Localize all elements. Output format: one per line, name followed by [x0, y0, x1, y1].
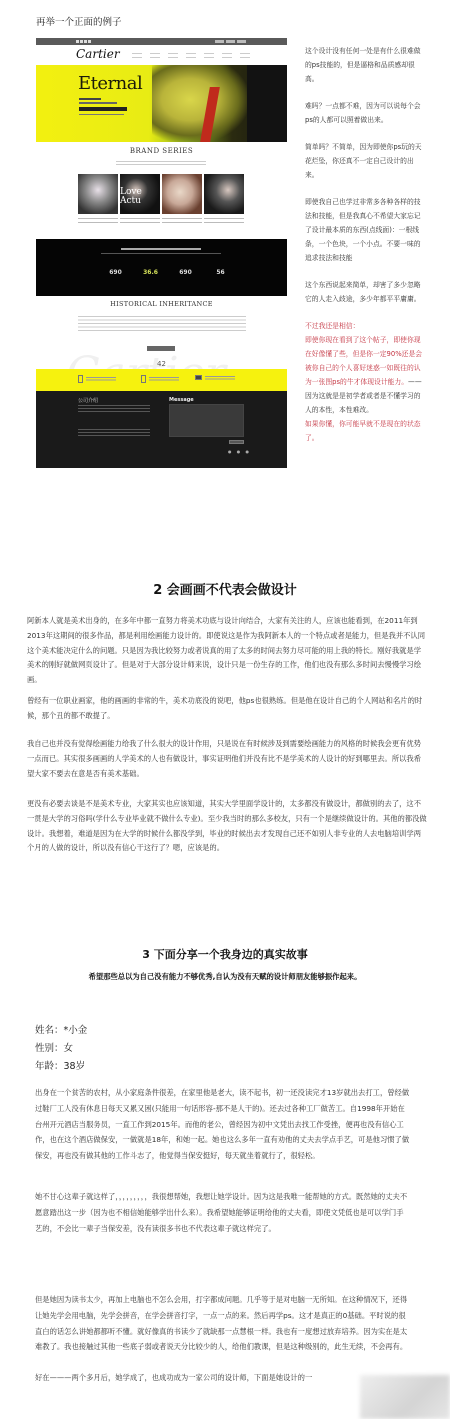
social-icons: ● ● ● — [228, 449, 251, 454]
section-2-paragraph: 我自己也并没有觉得绘画能力给我了什么很大的设计作用，只是说在有时候涉及到需要绘画… — [27, 737, 427, 781]
location-icon — [78, 375, 83, 383]
profile-age: 年龄：38岁 — [35, 1058, 87, 1076]
mock-history-section: Cartier HISTORICAL INHERITANCE 42 — [36, 296, 287, 369]
brand-photo-grid: Love Actu — [78, 174, 244, 214]
cartier-website-screenshot: Cartier Eternal BRAND SERIES Love Actu 6… — [36, 38, 287, 501]
history-number: 42 — [36, 360, 287, 368]
mail-icon — [195, 375, 202, 380]
mock-topbar-links — [215, 40, 247, 43]
note-red-body: 即使你现在看到了这个帖子，即使你现在好像懂了些，但是你一定90%还是会被你自己的… — [305, 333, 425, 417]
message-form — [169, 404, 244, 437]
profile-name: 姓名：*小金 — [35, 1022, 87, 1040]
history-button — [147, 346, 175, 351]
mock-contact-band — [36, 369, 287, 391]
message-title: Message — [169, 397, 194, 403]
history-title: HISTORICAL INHERITANCE — [36, 300, 287, 308]
section-2-paragraph: 阿新本人就是美术出身的，在多年中都一直努力将美术功底与设计向结合，大家有关注的人… — [27, 614, 427, 688]
brand-photo — [204, 174, 244, 214]
hero-model-image — [152, 65, 247, 142]
brand-photo: Love Actu — [120, 174, 160, 214]
watermark-blur — [360, 1375, 450, 1419]
hero-title: Eternal — [78, 73, 142, 94]
profile-gender: 性别：女 — [35, 1040, 87, 1058]
cartier-logo: Cartier — [76, 47, 120, 61]
note-paragraph: 这个设计没有任何一处是有什么很难做的ps技能的，但是逼格和品质感却很高。 — [305, 44, 425, 86]
mock-footer: 公司介绍 Message ● ● ● — [36, 391, 287, 468]
profile-info: 姓名：*小金 性别：女 年龄：38岁 — [35, 1022, 87, 1076]
section-2-paragraph: 更没有必要去谈是不是美术专业，大家其实也应该知道，其实大学里面学设计的，太多都没… — [27, 797, 427, 856]
mock-hero-banner: Eternal — [36, 65, 287, 142]
mock-topbar — [36, 38, 287, 45]
mock-topbar-left — [76, 40, 92, 43]
section-2-paragraph: 曾经有一位职业画家，他的画画的非常的牛，美术功底没的说吧，他ps也很熟练。但是他… — [27, 694, 427, 724]
section-3-paragraph: 她不甘心这辈子就这样了，，，，，，，，，我很想帮她，我想让她学设计。因为这是我唯… — [35, 1189, 410, 1236]
section-3-paragraph: 出身在一个贫苦的农村，从小家庭条件很差，在家里他是老大，读不起书，初一还没读完才… — [35, 1085, 410, 1164]
stats-numbers: 690 36.6 690 56 — [106, 269, 230, 276]
phone-icon — [141, 375, 146, 383]
brand-photo — [162, 174, 202, 214]
note-paragraph: 这个东西说起来简单，却害了多少忽略它的人走入歧途，多少年都平平庸庸。 — [305, 278, 425, 306]
note-paragraph: 即使我自己也学过非常多各种各样的技法和技能，但是我真心不希望大家忘记了设计最本质… — [305, 195, 425, 265]
section-2-title: 2 会画画不代表会做设计 — [0, 579, 450, 598]
side-notes: 这个设计没有任何一处是有什么很难做的ps技能的，但是逼格和品质感却很高。 难吗？… — [305, 44, 425, 445]
note-paragraph: 难吗？一点都不难，因为可以说每个会ps的人都可以照着做出来。 — [305, 99, 425, 127]
send-button — [229, 440, 244, 444]
brand-photo — [78, 174, 118, 214]
section-3-title: 3 下面分享一个我身边的真实故事 — [0, 946, 450, 962]
note-red-lead: 不过我还是相信： — [305, 319, 425, 333]
note-red-tail: 如果你懂，你可能早就不是现在的状态了。 — [305, 417, 425, 445]
section-3-paragraph: 好在———两个多月后，她学成了，也成功成为一家公司的设计师，下面是她设计的一 — [35, 1370, 365, 1386]
section-3-subtitle: 希望那些总以为自己没有能力不够优秀,自认为没有天赋的设计师朋友能够振作起来。 — [0, 972, 450, 982]
brand-series-title: BRAND SERIES — [36, 147, 287, 155]
note-paragraph: 简单吗？不简单，因为即使你ps玩的天花烂坠，你还真不一定自己设计的出来。 — [305, 140, 425, 182]
mock-brand-series: BRAND SERIES Love Actu — [36, 142, 287, 239]
mock-nav: Cartier — [36, 45, 287, 65]
intro-title: 再举一个正面的例子 — [36, 14, 122, 28]
mock-stats-band: 690 36.6 690 56 — [36, 239, 287, 296]
mock-nav-items — [132, 53, 250, 58]
section-3-paragraph: 但是她因为读书太少，再加上电脑也不怎么会用，打字都成问题。几乎等于是对电脑一无所… — [35, 1292, 410, 1355]
